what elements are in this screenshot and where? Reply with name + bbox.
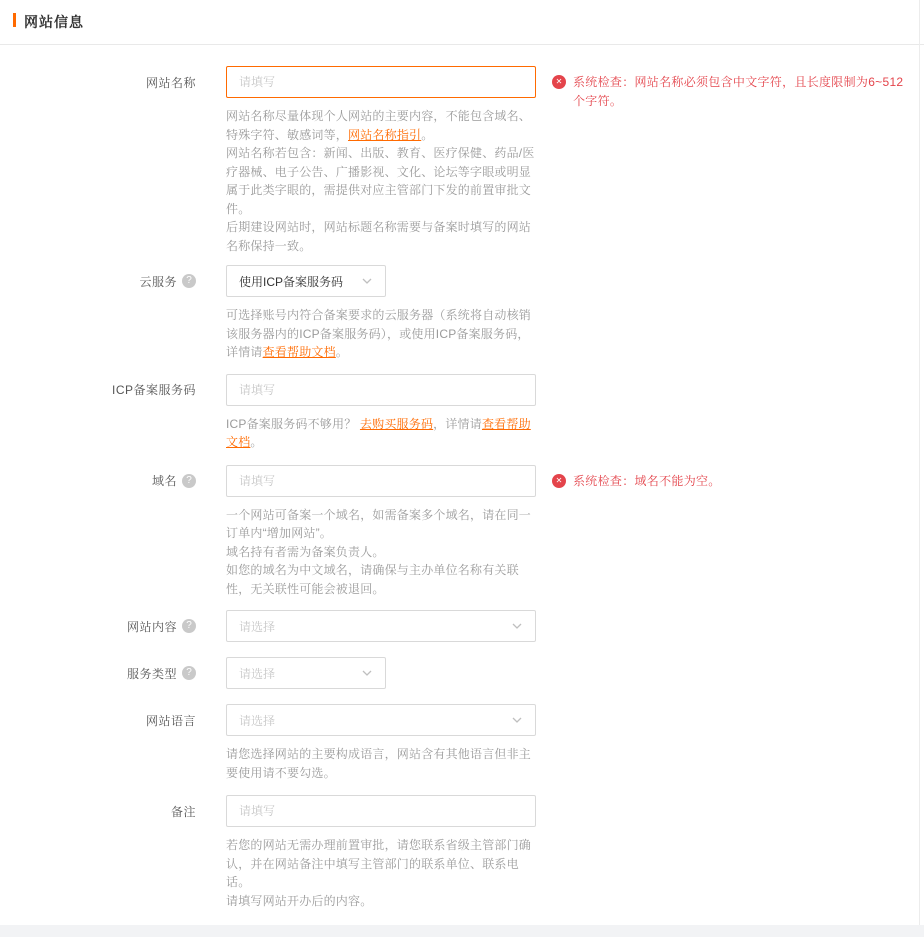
remark-main: 若您的网站无需办理前置审批，请您联系省级主管部门确认，并在网站备注中填写主管部门… (226, 795, 536, 910)
domain-help-text-2: 域名持有者需为备案负责人。 (226, 543, 536, 562)
site-name-help-text-3: 后期建设网站时，网站标题名称需要与备案时填写的网站名称保持一致。 (226, 218, 536, 255)
icp-code-help-text: ICP备案服务码不够用？ (226, 417, 356, 431)
icp-code-main: ICP备案服务码不够用？ 去购买服务码，详情请查看帮助文档。 (226, 374, 536, 452)
domain-row: 域名 ? 一个网站可备案一个域名，如需备案多个域名，请在同一订单内“增加网站”。… (0, 465, 924, 599)
cloud-service-value: 使用ICP备案服务码 (239, 273, 343, 290)
scrollbar-track[interactable] (919, 0, 920, 937)
section-header: 网站信息 (0, 0, 924, 45)
website-info-form: 网站名称 网站名称尽量体现个人网站的主要内容，不能包含域名、特殊字符、敏感词等，… (0, 45, 924, 910)
footer-strip (0, 925, 924, 937)
domain-label-cell: 域名 ? (0, 465, 196, 497)
cloud-service-label-cell: 云服务 ? (0, 265, 196, 297)
site-name-error-text: 系统检查：网站名称必须包含中文字符，且长度限制为6~512个字符。 (573, 73, 904, 111)
site-language-main: 请选择 请您选择网站的主要构成语言，网站含有其他语言但非主要使用请不要勾选。 (226, 704, 536, 782)
remark-help: 若您的网站无需办理前置审批，请您联系省级主管部门确认，并在网站备注中填写主管部门… (226, 836, 536, 910)
question-icon[interactable]: ? (182, 619, 196, 633)
site-language-label: 网站语言 (146, 712, 196, 729)
site-name-row: 网站名称 网站名称尽量体现个人网站的主要内容，不能包含域名、特殊字符、敏感词等，… (0, 66, 924, 255)
service-type-label-cell: 服务类型 ? (0, 657, 196, 689)
chevron-down-icon (361, 275, 373, 287)
cloud-service-select[interactable]: 使用ICP备案服务码 (226, 265, 386, 297)
cloud-service-label: 云服务 (139, 273, 177, 290)
site-language-select[interactable]: 请选择 (226, 704, 536, 736)
question-icon[interactable]: ? (182, 666, 196, 680)
domain-error-text: 系统检查：域名不能为空。 (573, 472, 721, 491)
accent-bar (13, 13, 16, 27)
remark-help-text-2: 请填写网站开办后的内容。 (226, 892, 536, 911)
icp-code-help-mid: ，详情请 (433, 417, 482, 431)
domain-main: 一个网站可备案一个域名，如需备案多个域名，请在同一订单内“增加网站”。 域名持有… (226, 465, 536, 599)
site-content-label-cell: 网站内容 ? (0, 610, 196, 642)
site-name-help-text-2: 网站名称若包含：新闻、出版、教育、医疗保健、药品/医疗器械、电子公告、广播影视、… (226, 144, 536, 218)
site-content-row: 网站内容 ? 请选择 (0, 610, 924, 642)
site-content-placeholder: 请选择 (239, 618, 275, 635)
site-content-main: 请选择 (226, 610, 536, 642)
domain-help-text-1: 一个网站可备案一个域名，如需备案多个域名，请在同一订单内“增加网站”。 (226, 506, 536, 543)
remark-input[interactable] (226, 795, 536, 827)
site-language-row: 网站语言 请选择 请您选择网站的主要构成语言，网站含有其他语言但非主要使用请不要… (0, 704, 924, 782)
remark-help-text-1: 若您的网站无需办理前置审批，请您联系省级主管部门确认，并在网站备注中填写主管部门… (226, 836, 536, 892)
cloud-service-row: 云服务 ? 使用ICP备案服务码 可选择账号内符合备案要求的云服务器（系统将自动… (0, 265, 924, 362)
site-name-main: 网站名称尽量体现个人网站的主要内容，不能包含域名、特殊字符、敏感词等，网站名称指… (226, 66, 536, 255)
domain-label: 域名 (152, 472, 177, 489)
cloud-service-help: 可选择账号内符合备案要求的云服务器（系统将自动核销该服务器内的ICP备案服务码）… (226, 306, 536, 362)
icp-code-row: ICP备案服务码 ICP备案服务码不够用？ 去购买服务码，详情请查看帮助文档。 (0, 374, 924, 452)
cloud-service-help-punct: 。 (336, 345, 348, 359)
icp-code-help: ICP备案服务码不够用？ 去购买服务码，详情请查看帮助文档。 (226, 415, 536, 452)
site-name-label-cell: 网站名称 (0, 66, 196, 98)
service-type-main: 请选择 (226, 657, 536, 689)
remark-label-cell: 备注 (0, 795, 196, 827)
site-content-select[interactable]: 请选择 (226, 610, 536, 642)
site-name-label: 网站名称 (146, 74, 196, 91)
site-language-help: 请您选择网站的主要构成语言，网站含有其他语言但非主要使用请不要勾选。 (226, 745, 536, 782)
site-language-help-text: 请您选择网站的主要构成语言，网站含有其他语言但非主要使用请不要勾选。 (226, 745, 536, 782)
site-name-input[interactable] (226, 66, 536, 98)
remark-label: 备注 (171, 803, 196, 820)
service-type-select[interactable]: 请选择 (226, 657, 386, 689)
cloud-service-main: 使用ICP备案服务码 可选择账号内符合备案要求的云服务器（系统将自动核销该服务器… (226, 265, 536, 362)
website-info-page: 网站信息 网站名称 网站名称尽量体现个人网站的主要内容，不能包含域名、特殊字符、… (0, 0, 924, 937)
icp-code-label-cell: ICP备案服务码 (0, 374, 196, 406)
x-circle-icon: ✕ (552, 474, 566, 488)
site-name-help-punct: 。 (421, 128, 433, 142)
x-circle-icon: ✕ (552, 75, 566, 89)
chevron-down-icon (511, 620, 523, 632)
service-type-placeholder: 请选择 (239, 665, 275, 682)
chevron-down-icon (511, 714, 523, 726)
domain-help: 一个网站可备案一个域名，如需备案多个域名，请在同一订单内“增加网站”。 域名持有… (226, 506, 536, 599)
site-language-placeholder: 请选择 (239, 712, 275, 729)
site-name-error: ✕ 系统检查：网站名称必须包含中文字符，且长度限制为6~512个字符。 (552, 66, 904, 111)
site-name-guide-link[interactable]: 网站名称指引 (348, 128, 421, 142)
domain-error: ✕ 系统检查：域名不能为空。 (552, 465, 904, 491)
service-type-label: 服务类型 (127, 665, 177, 682)
remark-row: 备注 若您的网站无需办理前置审批，请您联系省级主管部门确认，并在网站备注中填写主… (0, 795, 924, 910)
domain-help-text-3: 如您的域名为中文域名，请确保与主办单位名称有关联性，无关联性可能会被退回。 (226, 561, 536, 598)
chevron-down-icon (361, 667, 373, 679)
view-help-doc-link[interactable]: 查看帮助文档 (263, 345, 336, 359)
icp-code-input[interactable] (226, 374, 536, 406)
page-title: 网站信息 (24, 12, 84, 32)
buy-service-code-link[interactable]: 去购买服务码 (360, 417, 433, 431)
site-name-help: 网站名称尽量体现个人网站的主要内容，不能包含域名、特殊字符、敏感词等，网站名称指… (226, 107, 536, 255)
site-language-label-cell: 网站语言 (0, 704, 196, 736)
icp-code-label: ICP备案服务码 (112, 381, 196, 398)
icp-code-help-punct: 。 (250, 435, 262, 449)
domain-input[interactable] (226, 465, 536, 497)
question-icon[interactable]: ? (182, 274, 196, 288)
question-icon[interactable]: ? (182, 474, 196, 488)
service-type-row: 服务类型 ? 请选择 (0, 657, 924, 689)
site-content-label: 网站内容 (127, 618, 177, 635)
